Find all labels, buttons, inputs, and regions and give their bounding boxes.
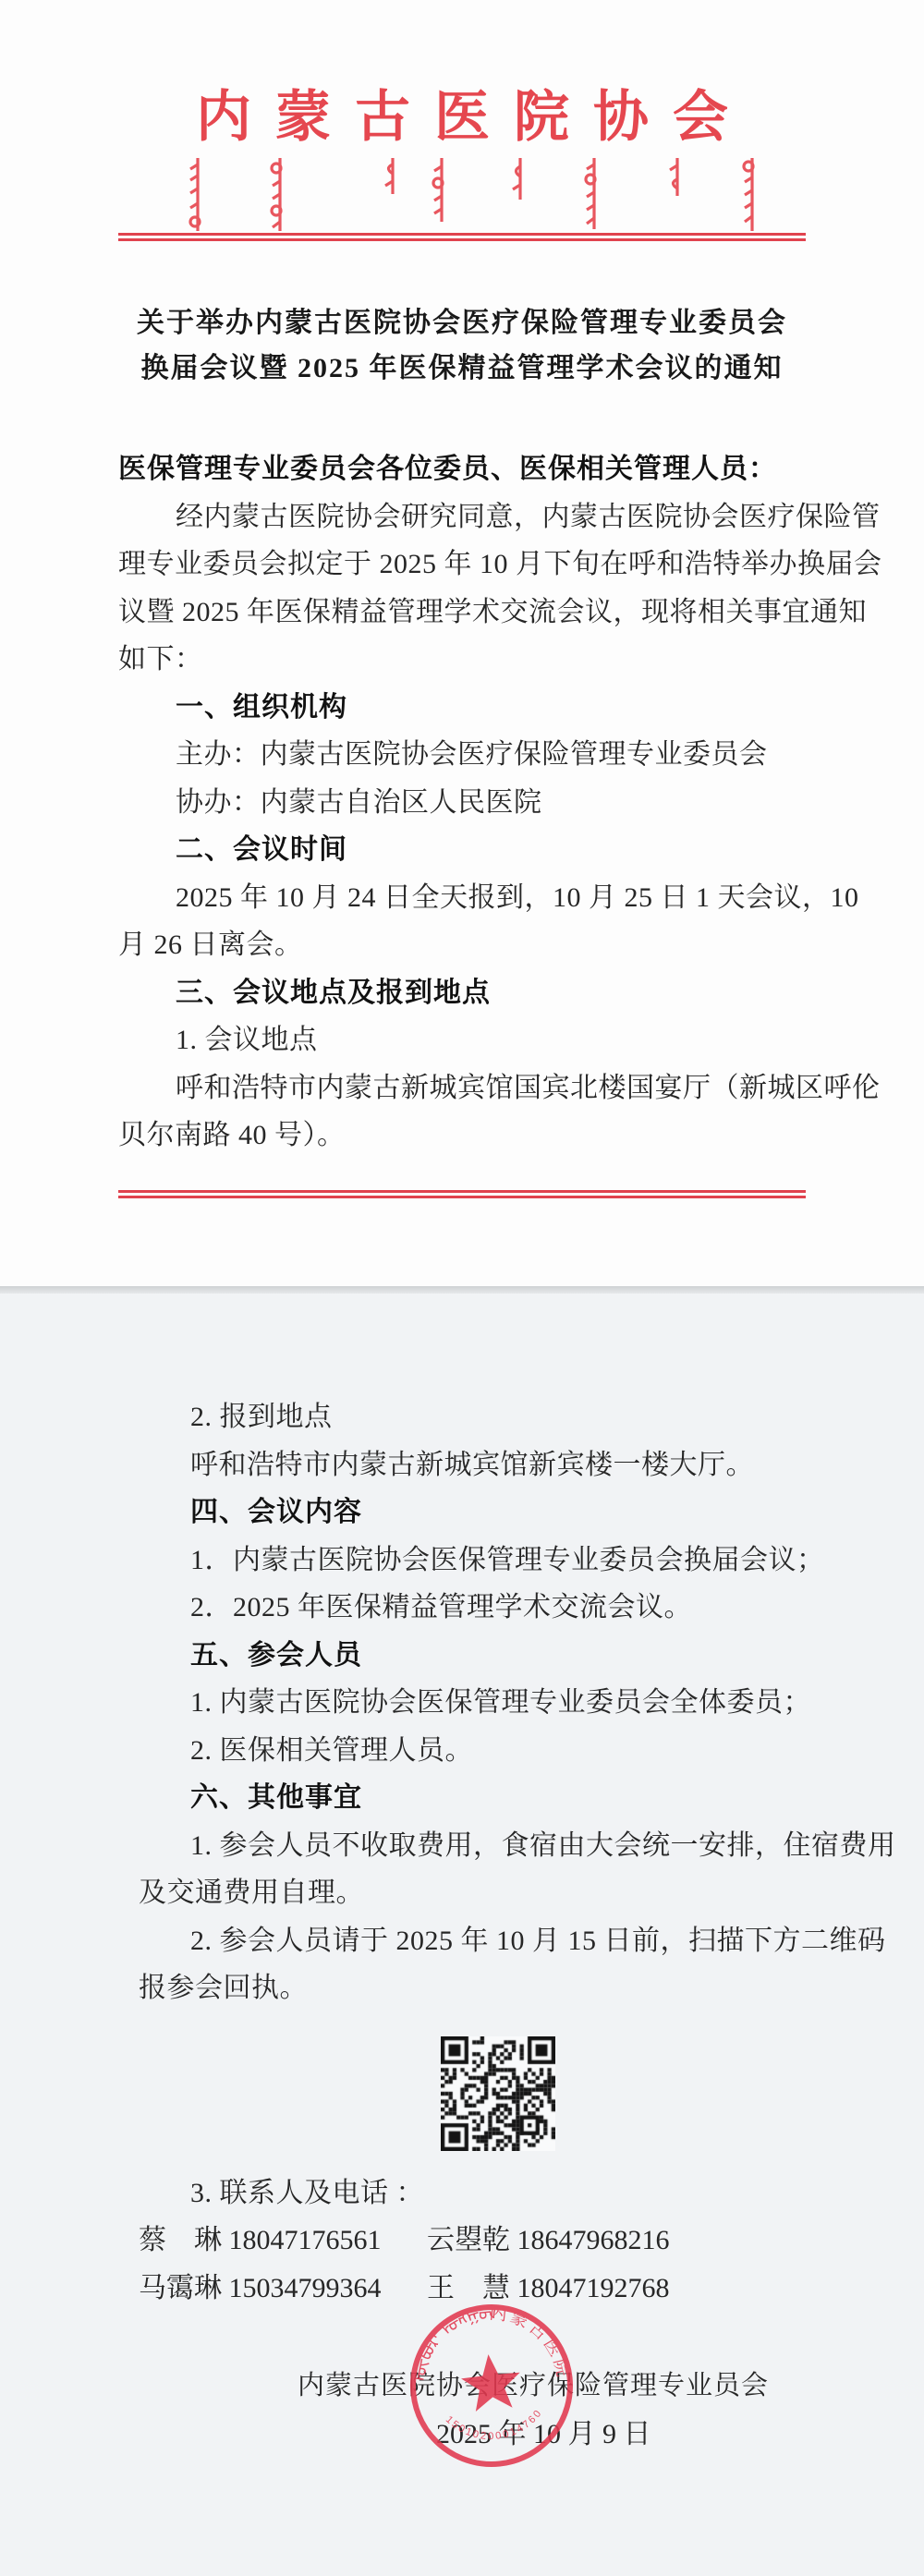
contact-name-phone: 马霭琳 15034799364 <box>139 2265 427 2313</box>
body-line: 报参会回执。 <box>139 1964 832 2012</box>
seal-number: 15010200014760 <box>443 2404 547 2448</box>
issuer-signature: 内蒙古医院协会医疗保险管理专业员会 <box>298 2363 924 2411</box>
body-line: 贝尔南路 40 号）。 <box>118 1112 832 1160</box>
mongolian-script-row <box>0 157 924 233</box>
body-line: 1．内蒙古医院协会医保管理专业委员会换届会议； <box>139 1537 832 1585</box>
body-line: 2. 医保相关管理人员。 <box>139 1727 832 1775</box>
body-line: 2. 参会人员请于 2025 年 10 月 15 日前，扫描下方二维码 <box>139 1917 832 1965</box>
section-heading-4: 四、会议内容 <box>139 1488 832 1537</box>
contacts-heading: 3. 联系人及电话 ： <box>139 2169 832 2218</box>
page-1: 内蒙古医院协会 <box>0 0 924 1286</box>
mongolian-word-icon <box>427 157 455 224</box>
mongolian-word-icon <box>379 157 407 196</box>
header-divider-line <box>118 233 806 241</box>
svg-text:15010200014760: 15010200014760 <box>443 2404 547 2448</box>
page-2: 2. 报到地点 呼和浩特市内蒙古新城宾馆新宾楼一楼大厅。 四、会议内容 1．内蒙… <box>0 1294 924 2576</box>
section-heading-5: 五、参会人员 <box>139 1632 832 1680</box>
contact-row: 蔡 琳 18047176561 云曌乾 18647968216 <box>139 2217 924 2265</box>
contact-name-phone: 云曌乾 18647968216 <box>427 2217 670 2265</box>
body-line: 如下： <box>118 636 832 684</box>
page-separator <box>0 1286 924 1294</box>
org-name-header: 内蒙古医院协会 <box>0 0 924 152</box>
notice-title-line2: 换届会议暨 2025 年医保精益管理学术会议的通知 <box>0 346 924 391</box>
body-line: 理专业委员会拟定于 2025 年 10 月下旬在呼和浩特举办换届会 <box>118 541 832 589</box>
notice-title-line1: 关于举办内蒙古医院协会医疗保险管理专业委员会 <box>0 300 924 346</box>
contact-name-phone: 蔡 琳 18047176561 <box>139 2217 427 2265</box>
body-line: 经内蒙古医院协会研究同意，内蒙古医院协会医疗保险管 <box>118 493 832 541</box>
body-line: 呼和浩特市内蒙古新城宾馆新宾楼一楼大厅。 <box>139 1441 832 1489</box>
mongolian-word-icon <box>183 157 211 233</box>
section-heading-1: 一、组织机构 <box>118 684 832 732</box>
body-line: 协办：内蒙古自治区人民医院 <box>118 779 832 827</box>
body-line: 1. 参会人员不收取费用，食宿由大会统一安排，住宿费用 <box>139 1822 832 1870</box>
body-line: 1. 内蒙古医院协会医保管理专业委员会全体委员； <box>139 1679 832 1727</box>
seal-star-icon <box>459 2351 524 2412</box>
footer-divider-line <box>118 1190 806 1198</box>
mongolian-word-icon <box>266 157 294 233</box>
body-line: 2025 年 10 月 24 日全天报到，10 月 25 日 1 天会议，10 <box>118 874 832 922</box>
section-heading-6: 六、其他事宜 <box>139 1774 832 1822</box>
document-scan: 内蒙古医院协会 <box>0 0 924 2576</box>
mongolian-word-icon <box>663 157 691 198</box>
body-line: 及交通费用自理。 <box>139 1869 832 1917</box>
body-line: 1. 会议地点 <box>118 1016 832 1064</box>
official-red-seal: ᠥᠪᠥᠷ ᠮᠣᠩᠭᠣᠯ 内蒙古医院协会 15010200014760 <box>398 2292 585 2479</box>
body-line: 月 26 日离会。 <box>118 921 832 969</box>
section-heading-3: 三、会议地点及报到地点 <box>118 969 832 1017</box>
body-line: 主办：内蒙古医院协会医疗保险管理专业委员会 <box>118 731 832 779</box>
notice-title: 关于举办内蒙古医院协会医疗保险管理专业委员会 换届会议暨 2025 年医保精益管… <box>0 300 924 391</box>
mongolian-word-icon <box>580 157 608 231</box>
section-heading-2: 二、会议时间 <box>118 826 832 874</box>
body-line: 议暨 2025 年医保精益管理学术交流会议，现将相关事宜通知 <box>118 589 832 637</box>
body-line: 2. 报到地点 <box>139 1393 832 1441</box>
mongolian-word-icon <box>506 157 534 201</box>
body-line: 2．2025 年医保精益管理学术交流会议。 <box>139 1584 832 1632</box>
salutation: 医保管理专业委员会各位委员、医保相关管理人员： <box>118 445 832 493</box>
mongolian-word-icon <box>737 157 765 233</box>
body-line: 呼和浩特市内蒙古新城宾馆国宾北楼国宴厅（新城区呼伦 <box>118 1064 832 1112</box>
registration-qr-code <box>441 2036 555 2151</box>
